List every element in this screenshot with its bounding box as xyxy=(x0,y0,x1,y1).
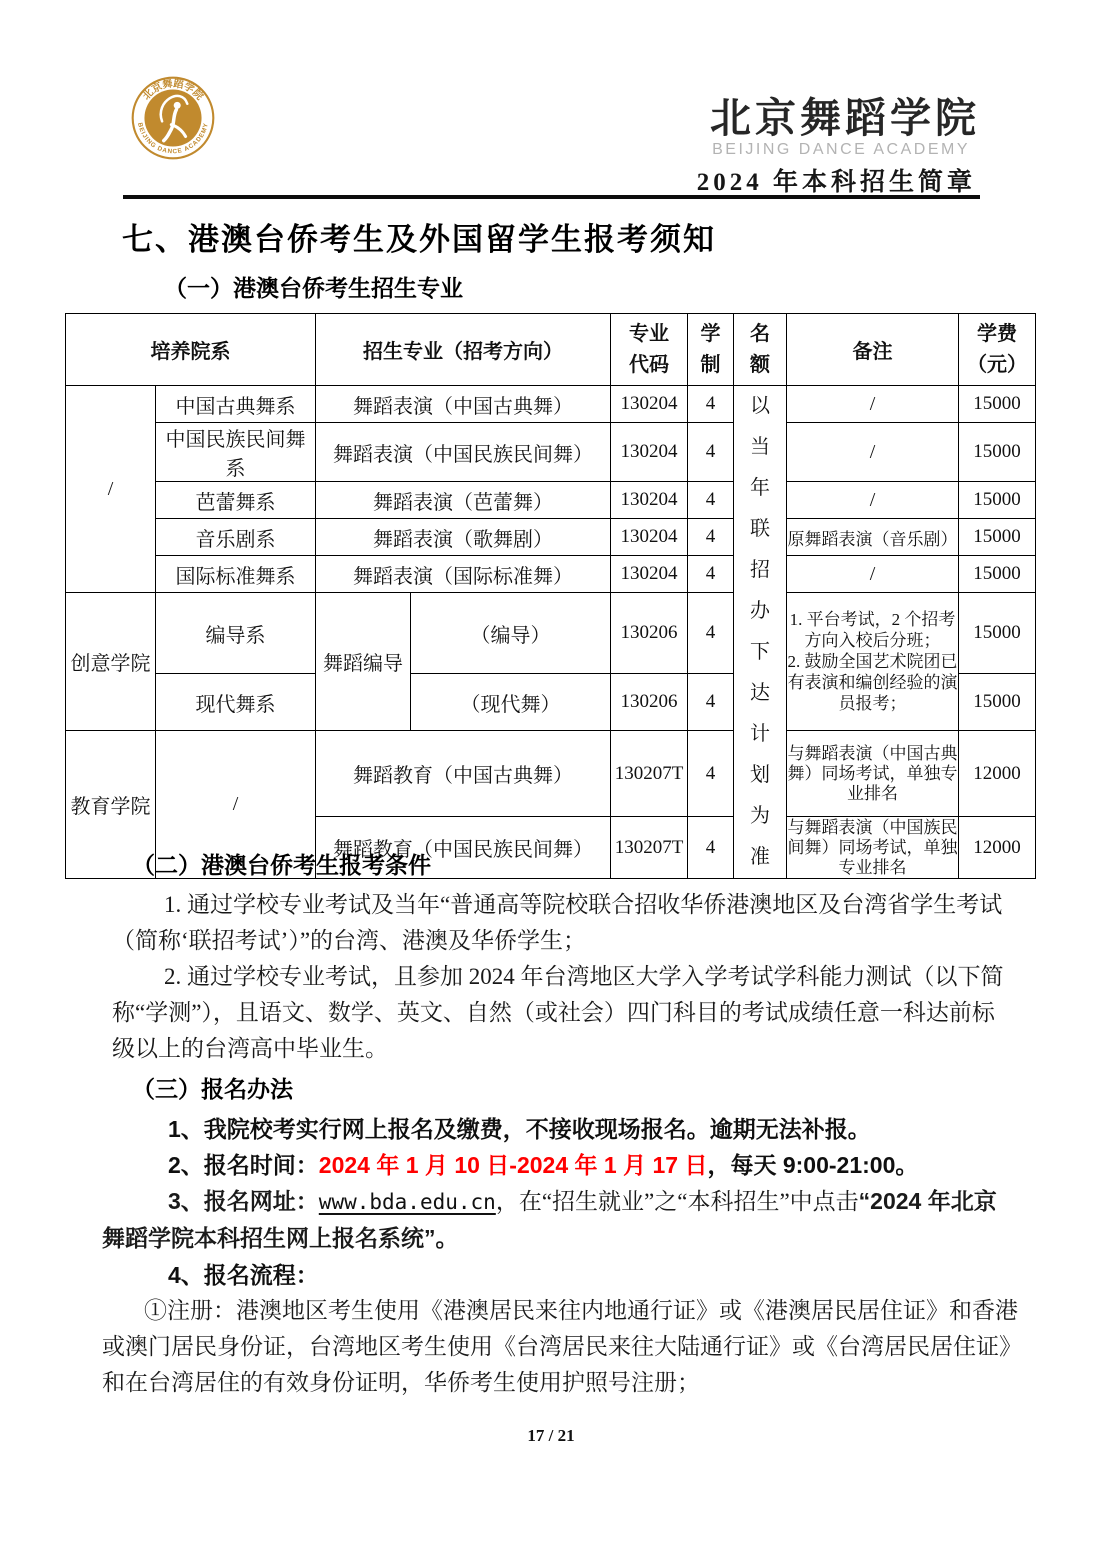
dept-cell: 国际标准舞系 xyxy=(156,556,316,593)
registration-item-1: 1、我院校考实行网上报名及缴费，不接收现场报名。逾期无法补报。 xyxy=(168,1111,1032,1147)
section-two-heading: （二）港澳台侨考生报考条件 xyxy=(132,849,1032,881)
table-row: 中国民族民间舞系 舞蹈表演（中国民族民间舞） 130204 4 / 15000 xyxy=(66,423,1036,482)
table-row: 国际标准舞系 舞蹈表演（国际标准舞） 130204 4 / 15000 xyxy=(66,556,1036,593)
fee-cell: 15000 xyxy=(959,556,1036,593)
quota-vertical-text: 以当年联招办下达计划为准 xyxy=(749,386,771,878)
item2-prefix: 2、报名时间： xyxy=(168,1152,319,1178)
table-row: / 中国古典舞系 舞蹈表演（中国古典舞） 130204 4 以当年联招办下达计划… xyxy=(66,386,1036,423)
code-cell: 130204 xyxy=(611,386,688,423)
years-cell: 4 xyxy=(688,386,734,423)
admission-majors-table: 培养院系 招生专业（招考方向） 专业 代码 学 制 名 额 备注 学费 （元） … xyxy=(65,313,1036,879)
body-text-block: （二）港澳台侨考生报考条件 1. 通过学校专业考试及当年“普通高等院校联合招收华… xyxy=(92,849,1032,1401)
major-cell: 舞蹈表演（中国民族民间舞） xyxy=(316,423,611,482)
major-direction-cell: （现代舞） xyxy=(411,674,611,731)
college-group-cell: 创意学院 xyxy=(66,593,156,731)
col-header-remark: 备注 xyxy=(787,314,959,386)
major-cell: 舞蹈表演（歌舞剧） xyxy=(316,519,611,556)
quota-note-cell: 以当年联招办下达计划为准 xyxy=(734,386,787,879)
years-cell: 4 xyxy=(688,482,734,519)
eligibility-para-2: 2. 通过学校专业考试，且参加 2024 年台湾地区大学入学考试学科能力测试（以… xyxy=(112,959,1012,1067)
code-cell: 130204 xyxy=(611,556,688,593)
remark-cell: 原舞蹈表演（音乐剧） xyxy=(787,519,959,556)
major-direction-cell: （编导） xyxy=(411,593,611,674)
page-number: 17 / 21 xyxy=(0,1426,1102,1446)
header-divider xyxy=(123,195,980,199)
table-row: 音乐剧系 舞蹈表演（歌舞剧） 130204 4 原舞蹈表演（音乐剧） 15000 xyxy=(66,519,1036,556)
item3-prefix: 3、报名网址： xyxy=(168,1188,319,1214)
dept-cell: 现代舞系 xyxy=(156,674,316,731)
remark-cell: 1. 平台考试，2 个招考方向入校后分班； 2. 鼓励全国艺术院团已有表演和编创… xyxy=(787,593,959,731)
major-cell: 舞蹈表演（芭蕾舞） xyxy=(316,482,611,519)
item2-suffix: ，每天 9:00-21:00。 xyxy=(707,1152,918,1178)
major-cell: 舞蹈表演（中国古典舞） xyxy=(316,386,611,423)
table-header-row: 培养院系 招生专业（招考方向） 专业 代码 学 制 名 额 备注 学费 （元） xyxy=(66,314,1036,386)
brand-year-line: 2024 年本科招生简章 xyxy=(697,162,976,198)
register-step-para: ①注册：港澳地区考生使用《港澳居民来往内地通行证》或《港澳居民居住证》和香港或澳… xyxy=(102,1293,1027,1401)
col-header-major: 招生专业（招考方向） xyxy=(316,314,611,386)
registration-url-link[interactable]: www.bda.edu.cn xyxy=(319,1190,496,1214)
brand-name-cn: 北京舞蹈学院 xyxy=(697,97,980,140)
header-brand: 北京舞蹈学院 BEIJING DANCE ACADEMY 2024 年本科招生简… xyxy=(697,97,980,198)
major-cell: 舞蹈教育（中国古典舞） xyxy=(316,731,611,817)
years-cell: 4 xyxy=(688,556,734,593)
col-header-years: 学 制 xyxy=(688,314,734,386)
remark-cell: / xyxy=(787,386,959,423)
col-header-college: 培养院系 xyxy=(66,314,316,386)
registration-item-3: 3、报名网址：www.bda.edu.cn，在“招生就业”之“本科招生”中点击“… xyxy=(102,1183,1017,1257)
dept-cell: 音乐剧系 xyxy=(156,519,316,556)
fee-cell: 15000 xyxy=(959,482,1036,519)
col-header-quota: 名 额 xyxy=(734,314,787,386)
item3-mid: ，在“招生就业”之“本科招生”中点击 xyxy=(496,1189,859,1214)
fee-cell: 15000 xyxy=(959,593,1036,674)
major-cell: 舞蹈表演（国际标准舞） xyxy=(316,556,611,593)
years-cell: 4 xyxy=(688,731,734,817)
eligibility-para-1: 1. 通过学校专业考试及当年“普通高等院校联合招收华侨港澳地区及台湾省学生考试（… xyxy=(112,887,1012,959)
academy-logo: 北京舞蹈学院 BEIJING DANCE ACADEMY xyxy=(131,74,215,167)
remark-cell: / xyxy=(787,423,959,482)
fee-cell: 15000 xyxy=(959,519,1036,556)
code-cell: 130204 xyxy=(611,423,688,482)
college-group-cell: / xyxy=(66,386,156,593)
dept-cell: 芭蕾舞系 xyxy=(156,482,316,519)
registration-item-4: 4、报名流程： xyxy=(168,1257,1032,1293)
code-cell: 130207T xyxy=(611,731,688,817)
page-title: 七、港澳台侨考生及外国留学生报考须知 xyxy=(122,214,716,259)
code-cell: 130206 xyxy=(611,593,688,674)
section-one-heading: （一）港澳台侨考生招生专业 xyxy=(164,270,463,303)
fee-cell: 15000 xyxy=(959,386,1036,423)
fee-cell: 15000 xyxy=(959,423,1036,482)
years-cell: 4 xyxy=(688,423,734,482)
registration-item-2: 2、报名时间：2024 年 1 月 10 日-2024 年 1 月 17 日，每… xyxy=(168,1147,1032,1183)
years-cell: 4 xyxy=(688,674,734,731)
fee-cell: 15000 xyxy=(959,674,1036,731)
col-header-fee: 学费 （元） xyxy=(959,314,1036,386)
years-cell: 4 xyxy=(688,593,734,674)
document-page: 北京舞蹈学院 BEIJING DANCE ACADEMY 北京舞蹈学院 BEIJ… xyxy=(0,0,1102,1559)
item2-dates: 2024 年 1 月 10 日-2024 年 1 月 17 日 xyxy=(319,1152,708,1178)
dept-cell: 中国民族民间舞系 xyxy=(156,423,316,482)
dept-cell: 中国古典舞系 xyxy=(156,386,316,423)
remark-cell: / xyxy=(787,556,959,593)
code-cell: 130204 xyxy=(611,482,688,519)
brand-name-en: BEIJING DANCE ACADEMY xyxy=(697,141,970,159)
academy-seal-icon: 北京舞蹈学院 BEIJING DANCE ACADEMY xyxy=(131,74,215,162)
remark-cell: 与舞蹈表演（中国古典舞）同场考试，单独专业排名 xyxy=(787,731,959,817)
code-cell: 130206 xyxy=(611,674,688,731)
section-three-heading: （三）报名办法 xyxy=(132,1073,1032,1105)
dept-cell: 编导系 xyxy=(156,593,316,674)
fee-cell: 12000 xyxy=(959,731,1036,817)
table-row: 教育学院 / 舞蹈教育（中国古典舞） 130207T 4 与舞蹈表演（中国古典舞… xyxy=(66,731,1036,817)
major-group-cell: 舞蹈编导 xyxy=(316,593,411,731)
col-header-code: 专业 代码 xyxy=(611,314,688,386)
table-row: 创意学院 编导系 舞蹈编导 （编导） 130206 4 1. 平台考试，2 个招… xyxy=(66,593,1036,674)
years-cell: 4 xyxy=(688,519,734,556)
code-cell: 130204 xyxy=(611,519,688,556)
remark-cell: / xyxy=(787,482,959,519)
table-row: 芭蕾舞系 舞蹈表演（芭蕾舞） 130204 4 / 15000 xyxy=(66,482,1036,519)
